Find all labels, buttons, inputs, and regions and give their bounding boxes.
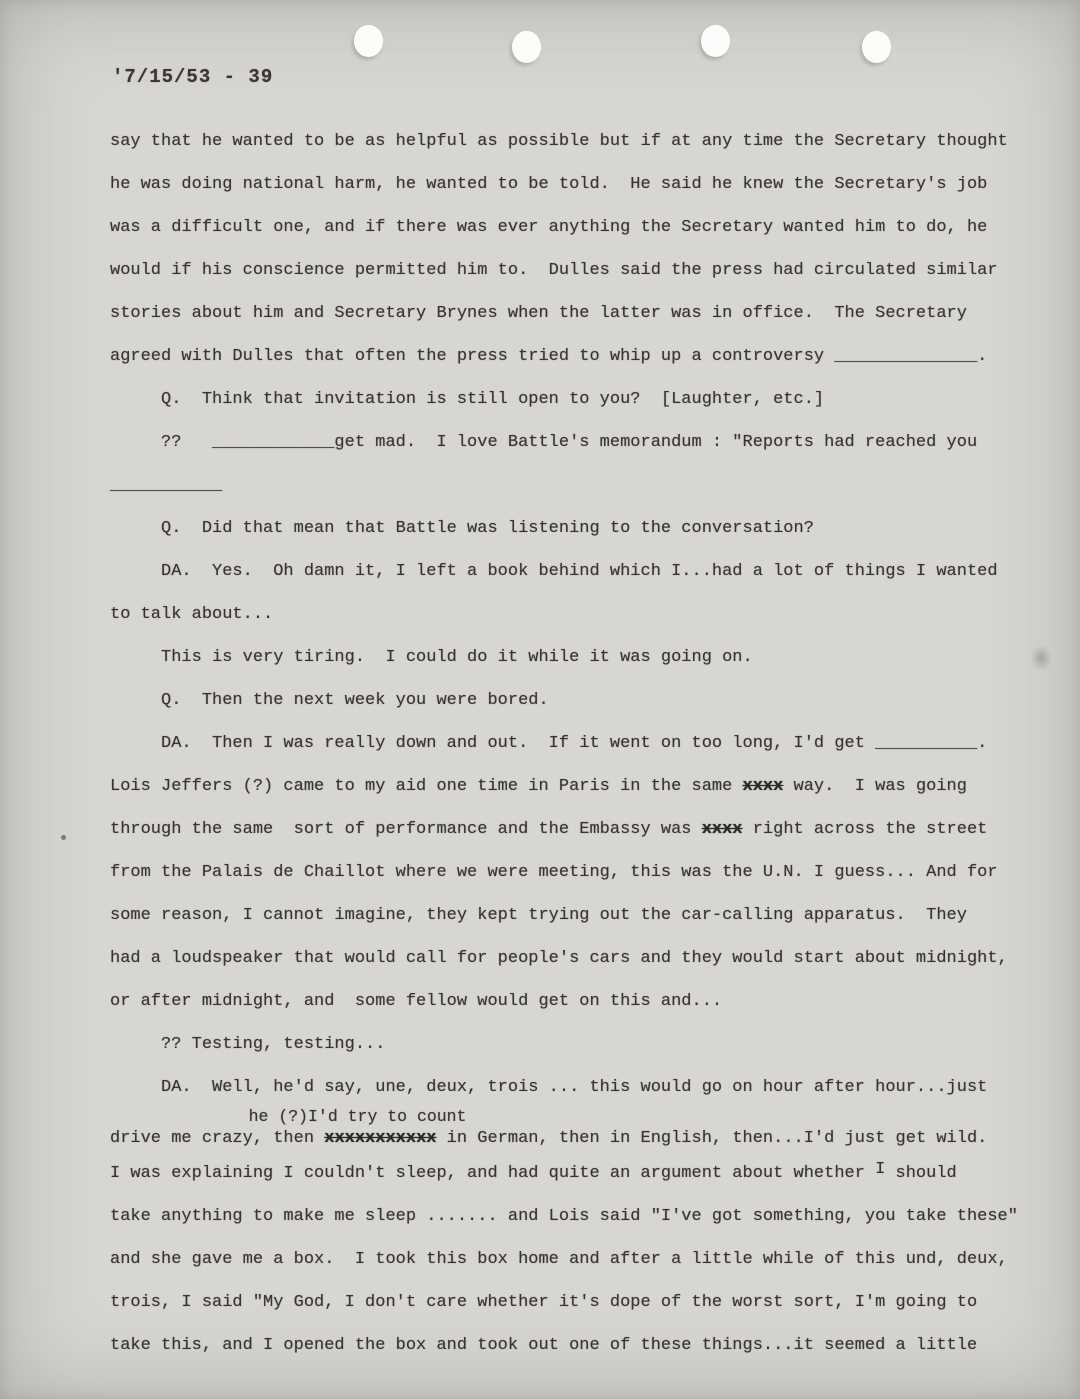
text-segment: had a loudspeaker that would call for pe… [110, 949, 1008, 968]
page-date-number: '7/15/53 - 39 [112, 66, 273, 88]
ink-speck [61, 835, 66, 840]
text-line: ?? Testing, testing... [110, 1023, 1060, 1066]
text-line: was a difficult one, and if there was ev… [110, 206, 1060, 249]
struck-out-text: xxxx [702, 820, 743, 839]
text-segment: DA. Then I was really down and out. If i… [110, 734, 987, 753]
text-line: he (?)I'd try to count [110, 1109, 1060, 1129]
text-line: take this, and I opened the box and took… [110, 1324, 1060, 1367]
text-line: he was doing national harm, he wanted to… [110, 163, 1060, 206]
text-line: I was explaining I couldn't sleep, and h… [110, 1152, 1060, 1195]
text-segment: ?? ____________get mad. I love Battle's … [110, 433, 977, 452]
text-segment: he was doing national harm, he wanted to… [110, 175, 987, 194]
text-segment: ?? Testing, testing... [110, 1035, 385, 1054]
text-segment: agreed with Dulles that often the press … [110, 347, 987, 366]
text-line: from the Palais de Chaillot where we wer… [110, 851, 1060, 894]
punch-hole [862, 31, 891, 63]
text-line: or after midnight, and some fellow would… [110, 980, 1060, 1023]
text-line: agreed with Dulles that often the press … [110, 335, 1060, 378]
text-segment: to talk about... [110, 605, 273, 624]
text-line: ___________ [110, 464, 1060, 507]
text-line: take anything to make me sleep ....... a… [110, 1195, 1060, 1238]
struck-out-text: xxxxxxxxxxx [324, 1129, 436, 1148]
text-line: Q. Think that invitation is still open t… [110, 378, 1060, 421]
text-segment: way. I was going [783, 777, 967, 796]
text-segment: through the same sort of performance and… [110, 820, 702, 839]
text-segment: right across the street [743, 820, 988, 839]
text-line: Q. Then the next week you were bored. [110, 679, 1060, 722]
text-line: drive me crazy, then xxxxxxxxxxx in Germ… [110, 1129, 1060, 1152]
struck-out-text: xxxx [743, 777, 784, 796]
text-body: say that he wanted to be as helpful as p… [110, 120, 1060, 1367]
punch-hole [701, 25, 730, 57]
text-line: ?? ____________get mad. I love Battle's … [110, 421, 1060, 464]
text-segment: from the Palais de Chaillot where we wer… [110, 863, 998, 882]
text-segment: or after midnight, and some fellow would… [110, 992, 722, 1011]
text-line: to talk about... [110, 593, 1060, 636]
text-line: DA. Yes. Oh damn it, I left a book behin… [110, 550, 1060, 593]
text-segment: would if his conscience permitted him to… [110, 261, 998, 280]
text-line: stories about him and Secretary Brynes w… [110, 292, 1060, 335]
text-segment: DA. Well, he'd say, une, deux, trois ...… [110, 1078, 987, 1097]
text-line: Lois Jeffers (?) came to my aid one time… [110, 765, 1060, 808]
text-segment: Q. Then the next week you were bored. [110, 691, 549, 710]
text-line: had a loudspeaker that would call for pe… [110, 937, 1060, 980]
text-line: DA. Then I was really down and out. If i… [110, 722, 1060, 765]
text-segment: drive me crazy, then [110, 1129, 324, 1148]
text-segment: DA. Yes. Oh damn it, I left a book behin… [110, 562, 998, 581]
text-segment: say that he wanted to be as helpful as p… [110, 132, 1008, 151]
text-segment: Q. Did that mean that Battle was listeni… [110, 519, 814, 538]
text-segment: Lois Jeffers (?) came to my aid one time… [110, 777, 743, 796]
text-segment: and she gave me a box. I took this box h… [110, 1250, 1008, 1269]
text-segment: in German, then in English, then...I'd j… [436, 1129, 987, 1148]
text-segment: was a difficult one, and if there was ev… [110, 218, 987, 237]
text-line: DA. Well, he'd say, une, deux, trois ...… [110, 1066, 1060, 1109]
text-line: would if his conscience permitted him to… [110, 249, 1060, 292]
text-segment: Q. Think that invitation is still open t… [110, 390, 824, 409]
text-segment: should [885, 1164, 956, 1183]
pencil-smudge [1030, 645, 1052, 671]
text-line: some reason, I cannot imagine, they kept… [110, 894, 1060, 937]
text-segment: I was explaining I couldn't sleep, and h… [110, 1164, 875, 1183]
text-line: This is very tiring. I could do it while… [110, 636, 1060, 679]
text-segment: stories about him and Secretary Brynes w… [110, 304, 967, 323]
text-segment: some reason, I cannot imagine, they kept… [110, 906, 967, 925]
text-line: trois, I said "My God, I don't care whet… [110, 1281, 1060, 1324]
text-segment: trois, I said "My God, I don't care whet… [110, 1293, 977, 1312]
text-line: Q. Did that mean that Battle was listeni… [110, 507, 1060, 550]
text-line: and she gave me a box. I took this box h… [110, 1238, 1060, 1281]
text-segment: he (?)I'd try to count [110, 1107, 466, 1126]
punch-hole [512, 31, 541, 63]
text-segment: ___________ [110, 476, 222, 495]
text-segment: take this, and I opened the box and took… [110, 1336, 977, 1355]
text-segment: This is very tiring. I could do it while… [110, 648, 753, 667]
raised-character: I [875, 1160, 885, 1179]
document-page: '7/15/53 - 39 say that he wanted to be a… [0, 0, 1080, 1399]
text-line: through the same sort of performance and… [110, 808, 1060, 851]
punch-hole [354, 25, 383, 57]
text-line: say that he wanted to be as helpful as p… [110, 120, 1060, 163]
text-segment: take anything to make me sleep ....... a… [110, 1207, 1018, 1226]
